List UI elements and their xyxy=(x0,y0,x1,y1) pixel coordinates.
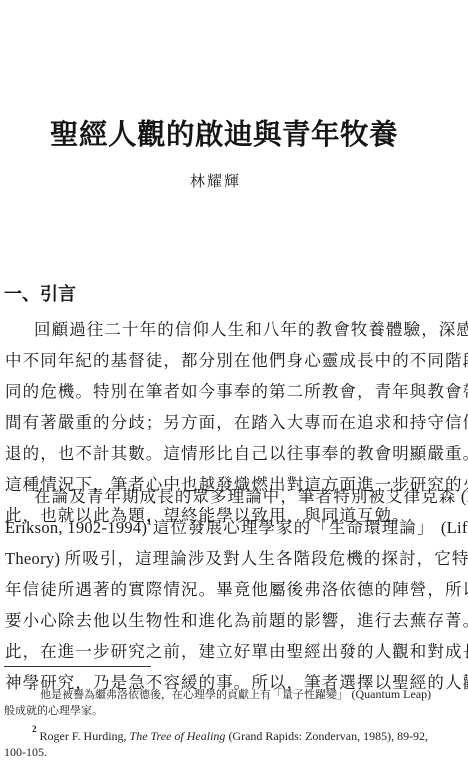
text-segment: Erikson, 1902-1994) xyxy=(5,518,147,537)
text-segment: 這位發展心理學家的「生命環理論」 xyxy=(153,518,435,537)
text-line: 中不同年紀的基督徒，都分別在他們身心靈成長中的不同階段面對不 xyxy=(5,345,425,376)
text-line: 間有著嚴重的分歧；另方面，在踏入大專而在追求和持守信仰方面倒 xyxy=(5,407,425,438)
footnote-2: 2 Roger F. Hurding, The Tree of Healing … xyxy=(4,728,424,760)
text-segment: (Grand Rapids: Zondervan, 1985), 89-92, xyxy=(225,729,428,743)
footnote-line: 100-105. xyxy=(4,744,424,760)
text-line: Theory) 所吸引，這理論涉及對人生各階段危機的探討，它特別切合青 xyxy=(5,543,425,574)
text-segment: (Quantum Leap) xyxy=(352,687,432,701)
text-line: 此，在進一步研究之前，建立好單由聖經出發的人觀和對成長階段的 xyxy=(5,636,425,667)
section-heading: 一、引言 xyxy=(4,280,76,306)
text-segment: 在論及青年期成長的眾多理論中，筆者特別被艾律克森 xyxy=(34,487,456,506)
footnote-number: 2 xyxy=(32,724,37,734)
text-line: 要小心除去他以生物性和進化為前題的影響，進行去蕪存菁。2因 xyxy=(5,605,425,636)
footnote-number: 1 xyxy=(32,682,37,692)
text-line: 回顧過往二十年的信仰人生和八年的教會牧養體驗，深感在教會 xyxy=(5,314,425,345)
book-title: The Tree of Healing xyxy=(130,729,226,743)
footnote-line: 2 Roger F. Hurding, The Tree of Healing … xyxy=(4,728,424,744)
footnote-line: 1 他是被譽為繼弗洛依德後，在心理學的貢獻上有「量子性躍變」 (Quantum … xyxy=(4,686,424,703)
text-segment: 他是被譽為繼弗洛依德後，在心理學的貢獻上有「量子性躍變」 xyxy=(40,688,348,701)
footnote-1: 1 他是被譽為繼弗洛依德後，在心理學的貢獻上有「量子性躍變」 (Quantum … xyxy=(4,686,424,719)
page-title: 聖經人觀的啟迪與青年牧養 xyxy=(50,112,390,153)
document-page: 聖經人觀的啟迪與青年牧養 林耀輝 一、引言 回顧過往二十年的信仰人生和八年的教會… xyxy=(0,0,468,774)
footnote-divider xyxy=(4,666,151,667)
text-segment: (E. H. xyxy=(456,487,468,506)
text-segment: Theory) xyxy=(5,549,65,568)
text-line: 在論及青年期成長的眾多理論中，筆者特別被艾律克森 (E. H. xyxy=(5,481,425,512)
text-segment: Roger F. Hurding, xyxy=(40,729,130,743)
text-segment: (Life Cycle xyxy=(441,518,468,537)
text-line: 年信徒所遇著的實際情況。畢竟他屬後弗洛依德的陣營，所以我們仍 xyxy=(5,574,425,605)
footnote-line: 般成就的心理學家。 xyxy=(4,703,424,719)
text-segment: 所吸引，這理論涉及對人生各階段危機的探討，它特別切合青 xyxy=(65,549,468,568)
text-line: Erikson, 1902-1994)1這位發展心理學家的「生命環理論」 (Li… xyxy=(5,512,425,543)
text-line: 退的，也不計其數。這情形比自己以往事奉的教會明顯嚴重。但就在 xyxy=(5,438,425,469)
author-name: 林耀輝 xyxy=(190,170,241,191)
text-segment: 要小心除去他以生物性和進化為前題的影響，進行去蕪存菁。 xyxy=(5,611,468,630)
text-line: 同的危機。特別在筆者如今事奉的第二所教會，青年與教會帶領層之 xyxy=(5,376,425,407)
